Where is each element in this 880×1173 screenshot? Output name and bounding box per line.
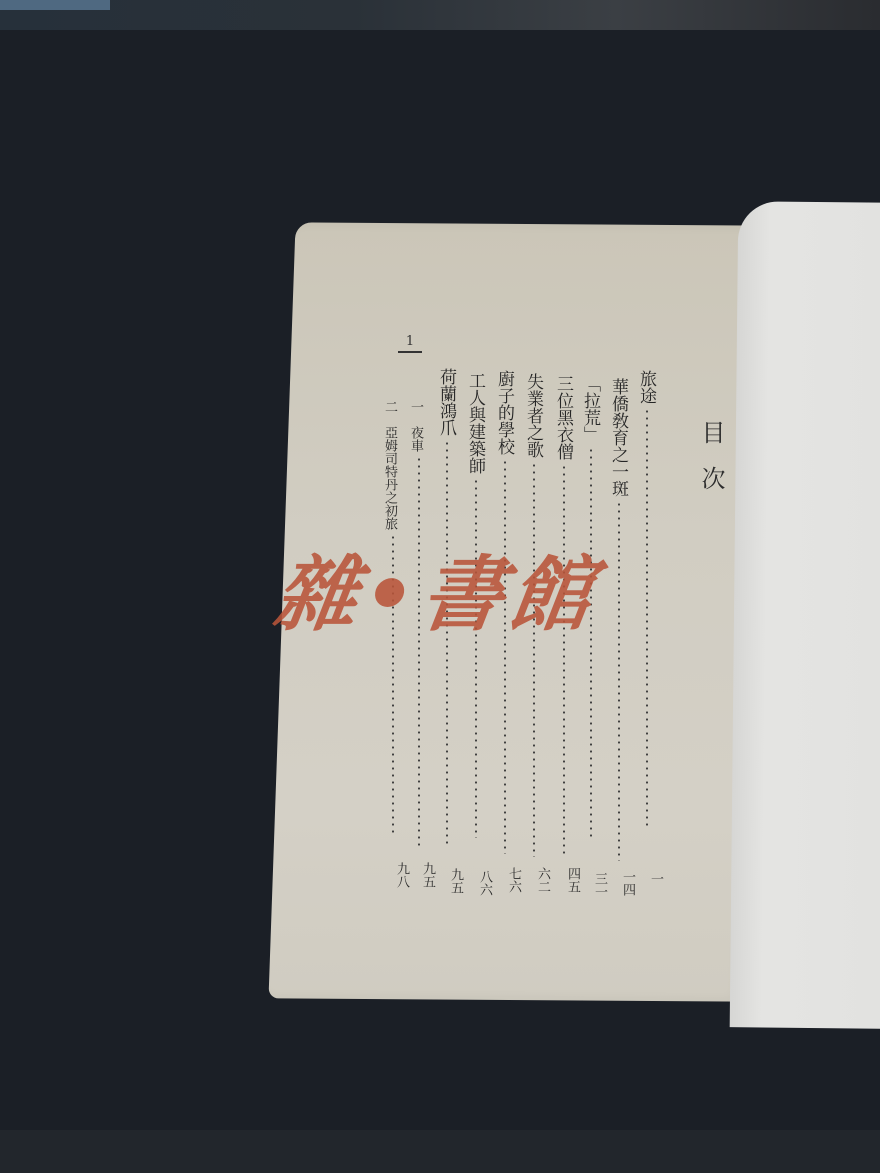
dot-leader	[563, 464, 565, 854]
dot-leader	[618, 501, 620, 861]
page-marker: 1	[398, 334, 422, 353]
toc-heading: 目次	[690, 420, 720, 525]
entry-title: 廚子的學校	[494, 370, 513, 455]
dot-leader	[418, 456, 420, 846]
entry-title: 旅途	[636, 370, 655, 404]
dot-leader	[646, 408, 648, 828]
dot-leader	[533, 462, 535, 857]
entry-title: 工人與建築師	[465, 372, 484, 474]
entry-title: 華僑敎育之一斑	[608, 378, 627, 497]
entry-page-number: 六二	[519, 867, 549, 893]
entry-title: 荷蘭鴻爪	[436, 368, 455, 436]
entry-page-number: 九八	[378, 862, 408, 888]
toc-entry[interactable]: 二 亞姆司特丹之初旅 九八	[382, 400, 404, 900]
entry-page-number: 三一	[576, 872, 606, 898]
entry-page-number: 八六	[461, 870, 491, 896]
background-blue-object	[0, 0, 110, 10]
dot-leader	[504, 459, 506, 854]
entry-title: 二 亞姆司特丹之初旅	[382, 400, 397, 530]
entry-title: 「拉荒」	[580, 375, 599, 443]
toc-entry[interactable]: 一 夜車 九五	[408, 400, 430, 900]
toc-entry[interactable]: 旅途 一	[636, 370, 658, 900]
entry-page-number: 一	[632, 872, 662, 885]
entry-title: 三位黑衣僧	[553, 375, 572, 460]
entry-title: 失業者之歌	[523, 373, 542, 458]
toc-heading-text: 目次	[690, 420, 732, 512]
entry-page-number: 七六	[490, 867, 520, 893]
toc-entry[interactable]: 華僑敎育之一斑 一四	[608, 378, 630, 908]
watermark: 雜•書館	[268, 530, 607, 647]
entry-page-number: 九五	[432, 868, 462, 894]
background-bottom-strip	[0, 1130, 880, 1173]
entry-page-number: 四五	[549, 867, 579, 893]
background-top-strip	[0, 0, 880, 30]
right-book-page	[730, 201, 880, 1029]
entry-page-number: 一四	[604, 870, 634, 896]
entry-title: 一 夜車	[408, 400, 423, 452]
